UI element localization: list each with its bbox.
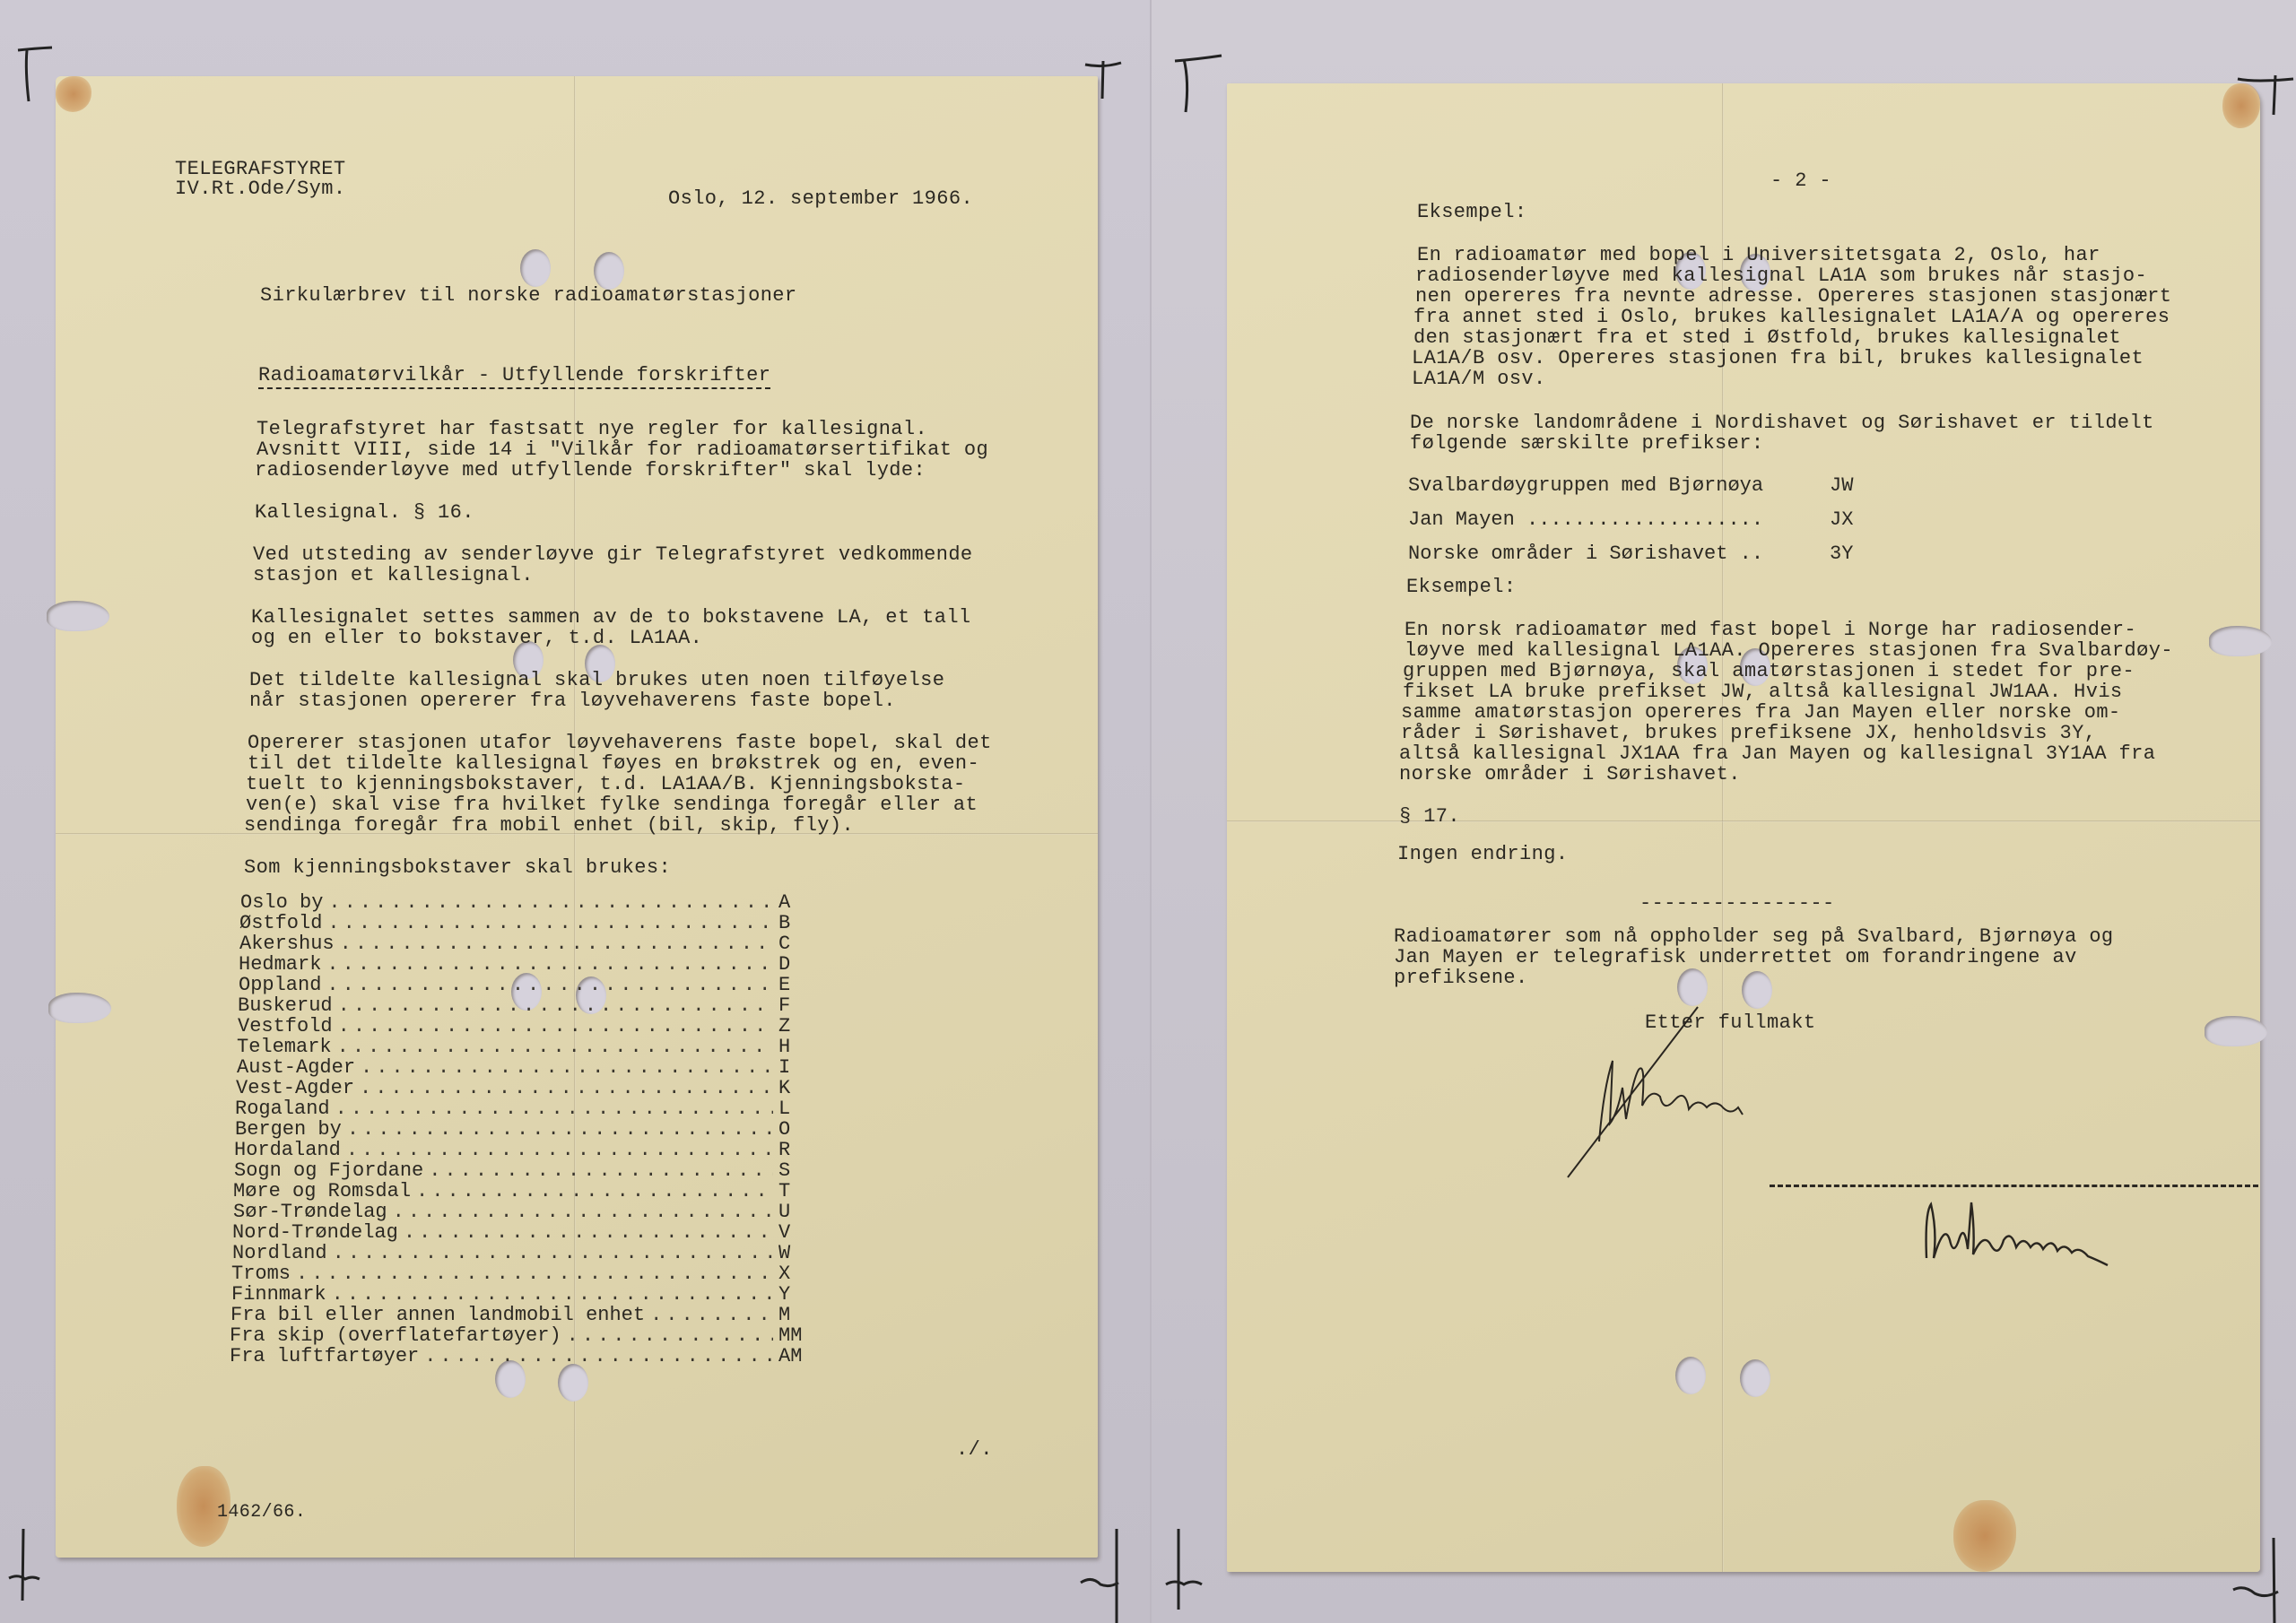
example-line: gruppen med Bjørnøya, skal amatørstasjon… — [1403, 661, 2135, 681]
identifier-row: TromsX — [231, 1263, 814, 1284]
prefix-intro: De norske landområdene i Nordishavet og … — [1410, 412, 2154, 433]
identifier-row: TelemarkH — [237, 1037, 814, 1057]
identifier-region: Rogaland — [235, 1098, 330, 1119]
example-line: nen opereres fra nevnte adresse. Operere… — [1415, 286, 2171, 307]
identifier-region: Hordaland — [234, 1140, 341, 1160]
signature-line — [1770, 1185, 2258, 1187]
dot-leader — [333, 1243, 773, 1263]
letter-date: Oslo, 12. september 1966. — [668, 188, 973, 209]
punch-hole — [1740, 1359, 1770, 1397]
dot-leader — [346, 1140, 773, 1160]
identifier-region: Akershus — [239, 933, 335, 954]
binder-tear — [2205, 1016, 2267, 1046]
stain-corner — [2222, 83, 2260, 128]
binder-tear — [48, 993, 111, 1023]
example-line: fikset LA bruke prefikset JW, altså kall… — [1403, 681, 2123, 702]
example-line: samme amatørstasjon opereres fra Jan May… — [1401, 702, 2121, 723]
prefix-row: Svalbardøygruppen med BjørnøyaJW — [1408, 475, 1883, 509]
identifier-row: Fra bil eller annen landmobil enhetM — [230, 1305, 814, 1325]
identifier-code: M — [778, 1305, 814, 1325]
punch-hole — [1742, 971, 1772, 1009]
notice-line: prefiksene. — [1394, 968, 1528, 988]
paragraph-line: til det tildelte kallesignal føyes en br… — [248, 753, 979, 774]
punch-hole — [558, 1364, 588, 1402]
sender-name: TELEGRAFSTYRET — [175, 159, 345, 179]
identifier-code: T — [778, 1181, 814, 1202]
notice-line: Radioamatører som nå oppholder seg på Sv… — [1394, 926, 2114, 947]
dot-leader — [393, 1202, 773, 1222]
section-title: § 17. — [1399, 806, 1460, 827]
identifier-row: Vest-AgderK — [236, 1078, 814, 1098]
identifier-row: Oslo byA — [240, 892, 814, 913]
paragraph-line: Kallesignalet settes sammen av de to bok… — [251, 607, 971, 628]
example-line: En norsk radioamatør med fast bopel i No… — [1405, 620, 2136, 640]
dot-leader — [328, 892, 773, 913]
continuation-mark: ./. — [956, 1439, 993, 1460]
identifier-row: BuskerudF — [238, 995, 814, 1016]
identifier-region: Sogn og Fjordane — [234, 1160, 423, 1181]
identifier-row: RogalandL — [235, 1098, 814, 1119]
dot-leader — [296, 1263, 773, 1284]
identifier-region: Troms — [231, 1263, 291, 1284]
fold-crease-horizontal — [1227, 820, 2260, 822]
identifier-region: Østfold — [239, 913, 322, 933]
identifier-code: L — [778, 1098, 814, 1119]
identifier-code: F — [778, 995, 814, 1016]
identifier-region: Aust-Agder — [237, 1057, 355, 1078]
identifier-code: W — [778, 1243, 814, 1263]
identifier-code: E — [778, 975, 814, 995]
identifier-region: Fra luftfartøyer — [230, 1346, 419, 1367]
identifier-region: Vest-Agder — [236, 1078, 354, 1098]
dot-leader — [326, 954, 773, 975]
identifier-code: A — [778, 892, 814, 913]
prefix-code: 3Y — [1830, 543, 1883, 577]
crop-mark-bottom-left — [9, 1529, 63, 1583]
list-intro: Som kjenningsbokstaver skal brukes: — [244, 857, 671, 878]
identifier-region: Nord-Trøndelag — [232, 1222, 398, 1243]
prefix-region: Svalbardøygruppen med Bjørnøya — [1408, 475, 1830, 509]
example-line: LA1A/M osv. — [1412, 369, 1546, 389]
reference-number: 1462/66. — [217, 1502, 306, 1523]
identifier-code: AM — [778, 1346, 814, 1367]
identifier-row: VestfoldZ — [238, 1016, 814, 1037]
identifier-region: Oslo by — [240, 892, 323, 913]
intro-line: Telegrafstyret har fastsatt nye regler f… — [257, 419, 927, 439]
section-title: Kallesignal. § 16. — [255, 502, 474, 523]
identifier-row: OpplandE — [239, 975, 814, 995]
dot-leader — [326, 975, 773, 995]
dot-leader — [416, 1181, 773, 1202]
stain-corner — [56, 76, 91, 112]
identifier-row: Fra luftfartøyerAM — [230, 1346, 814, 1367]
identifier-code: K — [778, 1078, 814, 1098]
example-label: Eksempel: — [1406, 577, 1516, 597]
paragraph-line: Ved utsteding av senderløyve gir Telegra… — [253, 544, 973, 565]
dot-leader — [340, 933, 773, 954]
example-line: løyve med kallesignal LA1AA. Opereres st… — [1405, 640, 2173, 661]
identifier-row: HedmarkD — [239, 954, 814, 975]
signature-1 — [1563, 1007, 1832, 1191]
letter-page-1: TELEGRAFSTYRET IV.Rt.Ode/Sym. Oslo, 12. … — [56, 76, 1098, 1558]
identifier-code: B — [778, 913, 814, 933]
dot-leader — [332, 1284, 773, 1305]
prefix-list: Svalbardøygruppen med BjørnøyaJWJan Maye… — [1408, 475, 1883, 577]
dot-leader — [424, 1346, 773, 1367]
prefix-row: Jan Mayen ....................JX — [1408, 509, 1883, 543]
example-line: LA1A/B osv. Opereres stasjonen fra bil, … — [1412, 348, 2144, 369]
identifier-region: Nordland — [232, 1243, 327, 1263]
dot-leader — [338, 1016, 773, 1037]
dot-leader — [327, 913, 773, 933]
paragraph-line: Opererer stasjonen utafor løyvehaverens … — [248, 733, 992, 753]
identifier-list: Oslo byAØstfoldBAkershusCHedmarkDOppland… — [240, 892, 814, 1367]
identifier-row: Aust-AgderI — [237, 1057, 814, 1078]
identifier-code: V — [778, 1222, 814, 1243]
addressee: Sirkulærbrev til norske radioamatørstasj… — [260, 285, 797, 306]
identifier-row: Sør-TrøndelagU — [233, 1202, 814, 1222]
identifier-code: X — [778, 1263, 814, 1284]
identifier-code: Y — [778, 1284, 814, 1305]
prefix-code: JW — [1830, 475, 1883, 509]
example-line: En radioamatør med bopel i Universitetsg… — [1417, 245, 2100, 265]
intro-line: radiosenderløyve med utfyllende forskrif… — [255, 460, 926, 481]
example-label: Eksempel: — [1417, 202, 1526, 222]
section-body: Ingen endring. — [1397, 844, 1568, 864]
identifier-region: Fra bil eller annen landmobil enhet — [230, 1305, 645, 1325]
stain-bottom — [1953, 1500, 2016, 1572]
dot-leader — [361, 1057, 773, 1078]
identifier-region: Finnmark — [231, 1284, 326, 1305]
intro-line: Avsnitt VIII, side 14 i "Vilkår for radi… — [257, 439, 988, 460]
identifier-row: Bergen byO — [235, 1119, 814, 1140]
prefix-row: Norske områder i Sørishavet ..3Y — [1408, 543, 1883, 577]
identifier-row: FinnmarkY — [231, 1284, 814, 1305]
identifier-region: Telemark — [237, 1037, 332, 1057]
identifier-code: I — [778, 1057, 814, 1078]
prefix-region: Jan Mayen .................... — [1408, 509, 1830, 543]
identifier-row: NordlandW — [232, 1243, 814, 1263]
identifier-row: Møre og RomsdalT — [233, 1181, 814, 1202]
binder-tear — [47, 601, 109, 631]
paragraph-line: sendinga foregår fra mobil enhet (bil, s… — [244, 815, 854, 836]
dot-leader — [347, 1119, 773, 1140]
identifier-row: AkershusC — [239, 933, 814, 954]
example-line: råder i Sørishavet, brukes prefiksene JX… — [1401, 723, 2096, 743]
identifier-region: Møre og Romsdal — [233, 1181, 411, 1202]
identifier-region: Oppland — [239, 975, 321, 995]
identifier-row: ØstfoldB — [239, 913, 814, 933]
paragraph-line: ven(e) skal vise fra hvilket fylke sendi… — [246, 794, 978, 815]
dot-leader — [429, 1160, 773, 1181]
letter-page-2: - 2 - Eksempel: En radioamatør med bopel… — [1227, 83, 2260, 1572]
identifier-code: C — [778, 933, 814, 954]
identifier-region: Sør-Trøndelag — [233, 1202, 387, 1222]
dot-leader — [335, 1098, 773, 1119]
prefix-region: Norske områder i Sørishavet .. — [1408, 543, 1830, 577]
binder-tear — [2209, 626, 2272, 656]
identifier-row: HordalandR — [234, 1140, 814, 1160]
notice-line: Jan Mayen er telegrafisk underrettet om … — [1394, 947, 2077, 968]
sender-reference: IV.Rt.Ode/Sym. — [175, 178, 345, 199]
paragraph-line: Det tildelte kallesignal skal brukes ute… — [249, 670, 944, 690]
identifier-region: Fra skip (overflatefartøyer) — [230, 1325, 561, 1346]
example-line: den stasjonært fra et sted i Østfold, br… — [1413, 327, 2121, 348]
identifier-region: Bergen by — [235, 1119, 342, 1140]
dot-leader — [337, 1037, 773, 1057]
identifier-row: Fra skip (overflatefartøyer)MM — [230, 1325, 814, 1346]
signature-2 — [1918, 1195, 2169, 1280]
dot-leader — [650, 1305, 773, 1325]
paragraph-line: tuelt to kjenningsbokstaver, t.d. LA1AA/… — [246, 774, 966, 794]
identifier-code: S — [778, 1160, 814, 1181]
paragraph-line: og en eller to bokstaver, t.d. LA1AA. — [251, 628, 702, 648]
separator-line: ---------------- — [1639, 893, 1835, 914]
dot-leader — [567, 1325, 773, 1346]
punch-hole — [520, 249, 551, 287]
identifier-code: U — [778, 1202, 814, 1222]
example-line: fra annet sted i Oslo, brukes kallesigna… — [1413, 307, 2170, 327]
identifier-row: Sogn og FjordaneS — [234, 1160, 814, 1181]
identifier-region: Buskerud — [238, 995, 333, 1016]
example-line: norske områder i Sørishavet. — [1399, 764, 1741, 785]
prefix-intro: følgende særskilte prefikser: — [1410, 433, 1763, 454]
paragraph-line: stasjon et kallesignal. — [253, 565, 534, 586]
identifier-region: Hedmark — [239, 954, 321, 975]
identifier-code: MM — [778, 1325, 814, 1346]
crop-mark-bottom-left-2 — [1166, 1529, 1220, 1583]
letter-heading: Radioamatørvilkår - Utfyllende forskrift… — [258, 365, 770, 389]
page-number: - 2 - — [1770, 170, 1831, 191]
punch-hole — [1675, 1357, 1706, 1394]
identifier-region: Vestfold — [238, 1016, 333, 1037]
identifier-row: Nord-TrøndelagV — [232, 1222, 814, 1243]
prefix-code: JX — [1830, 509, 1883, 543]
crop-mark-top-left-2 — [1175, 54, 1229, 108]
identifier-code: Z — [778, 1016, 814, 1037]
identifier-code: R — [778, 1140, 814, 1160]
identifier-code: D — [778, 954, 814, 975]
dot-leader — [338, 995, 773, 1016]
dot-leader — [404, 1222, 773, 1243]
example-line: radiosenderløyve med kallesignal LA1A so… — [1415, 265, 2147, 286]
dot-leader — [360, 1078, 773, 1098]
identifier-code: O — [778, 1119, 814, 1140]
paragraph-line: når stasjonen opererer fra løyvehaverens… — [249, 690, 896, 711]
example-line: altså kallesignal JX1AA fra Jan Mayen og… — [1399, 743, 2155, 764]
identifier-code: H — [778, 1037, 814, 1057]
punch-hole — [1677, 968, 1708, 1006]
